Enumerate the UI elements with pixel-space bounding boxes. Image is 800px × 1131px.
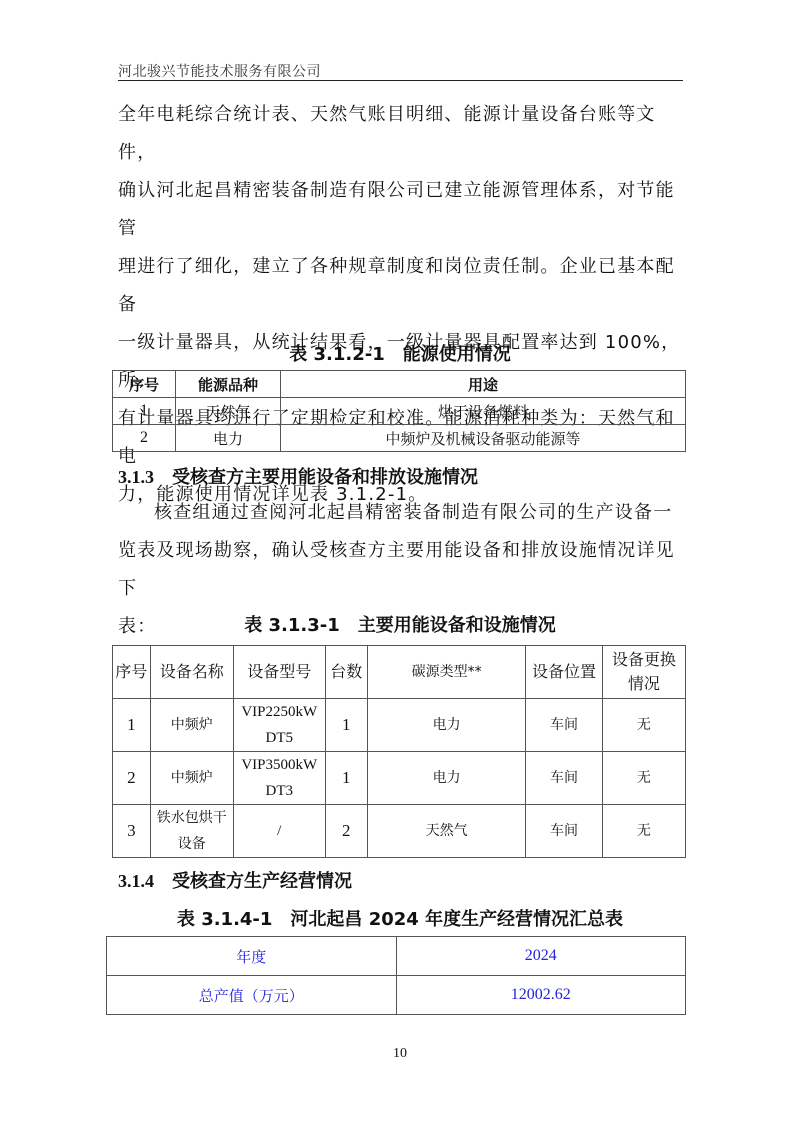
section-number: 3.1.3 bbox=[118, 467, 154, 487]
table-cell: 无 bbox=[602, 752, 685, 805]
table-cell: 中频炉 bbox=[150, 752, 233, 805]
table-cell: 车间 bbox=[526, 805, 602, 858]
table-header-row: 序号 设备名称 设备型号 台数 碳源类型** 设备位置 设备更换情况 bbox=[113, 646, 686, 699]
table-cell: 2 bbox=[113, 425, 176, 452]
table-cell: 1 bbox=[113, 699, 151, 752]
table-cell: VIP3500kW DT3 bbox=[233, 752, 325, 805]
table-cell: 车间 bbox=[526, 699, 602, 752]
table-cell: 12002.62 bbox=[396, 976, 686, 1015]
paragraph-line: 全年电耗综合统计表、天然气账目明细、能源计量设备台账等文件， bbox=[118, 96, 686, 172]
column-header: 设备名称 bbox=[150, 646, 233, 699]
table-cell: 铁水包烘干设备 bbox=[150, 805, 233, 858]
production-summary-table: 年度 2024 总产值（万元） 12002.62 bbox=[106, 936, 686, 1015]
column-header: 用途 bbox=[281, 371, 686, 398]
section-title: 受核查方主要用能设备和排放设施情况 bbox=[172, 467, 478, 488]
section-number: 3.1.4 bbox=[118, 871, 154, 891]
table-cell: 2 bbox=[113, 752, 151, 805]
table-row: 2 电力 中频炉及机械设备驱动能源等 bbox=[113, 425, 686, 452]
section-heading-3-1-4: 3.1.4受核查方生产经营情况 bbox=[118, 867, 352, 893]
table-cell: 3 bbox=[113, 805, 151, 858]
energy-use-table: 序号 能源品种 用途 1 天然气 烘干设备燃料 2 电力 中频炉及机械设备驱动能… bbox=[112, 370, 686, 452]
table-row: 2 中频炉 VIP3500kW DT3 1 电力 车间 无 bbox=[113, 752, 686, 805]
column-header: 能源品种 bbox=[176, 371, 281, 398]
table-row: 3 铁水包烘干设备 / 2 天然气 车间 无 bbox=[113, 805, 686, 858]
table-row: 年度 2024 bbox=[107, 937, 686, 976]
paragraph-line: 理进行了细化，建立了各种规章制度和岗位责任制。企业已基本配备 bbox=[118, 248, 686, 324]
column-header: 台数 bbox=[325, 646, 367, 699]
table-cell: 中频炉 bbox=[150, 699, 233, 752]
column-header: 设备型号 bbox=[233, 646, 325, 699]
table-cell: 1 bbox=[325, 752, 367, 805]
table-caption: 表 3.1.2-1 能源使用情况 bbox=[0, 340, 800, 366]
document-header: 河北骏兴节能技术服务有限公司 bbox=[118, 61, 321, 81]
column-header: 设备位置 bbox=[526, 646, 602, 699]
table-cell: 电力 bbox=[367, 699, 525, 752]
page-number: 10 bbox=[0, 1046, 800, 1062]
table-row: 1 中频炉 VIP2250kW DT5 1 电力 车间 无 bbox=[113, 699, 686, 752]
table-header-row: 序号 能源品种 用途 bbox=[113, 371, 686, 398]
table-cell: / bbox=[233, 805, 325, 858]
table-row: 总产值（万元） 12002.62 bbox=[107, 976, 686, 1015]
table-cell: VIP2250kW DT5 bbox=[233, 699, 325, 752]
column-header: 序号 bbox=[113, 371, 176, 398]
paragraph-line: 核查组通过查阅河北起昌精密装备制造有限公司的生产设备一 bbox=[118, 494, 686, 532]
table-row: 1 天然气 烘干设备燃料 bbox=[113, 398, 686, 425]
table-cell: 电力 bbox=[367, 752, 525, 805]
table-caption: 表 3.1.4-1 河北起昌 2024 年度生产经营情况汇总表 bbox=[0, 905, 800, 931]
table-cell: 无 bbox=[602, 699, 685, 752]
table-cell: 年度 bbox=[107, 937, 397, 976]
table-cell: 天然气 bbox=[176, 398, 281, 425]
column-header: 碳源类型** bbox=[367, 646, 525, 699]
header-divider bbox=[118, 80, 683, 81]
section-title: 受核查方生产经营情况 bbox=[172, 871, 352, 892]
table-cell: 烘干设备燃料 bbox=[281, 398, 686, 425]
table-cell: 2024 bbox=[396, 937, 686, 976]
table-cell: 无 bbox=[602, 805, 685, 858]
table-cell: 天然气 bbox=[367, 805, 525, 858]
column-header: 序号 bbox=[113, 646, 151, 699]
table-cell: 电力 bbox=[176, 425, 281, 452]
table-cell: 车间 bbox=[526, 752, 602, 805]
table-cell: 2 bbox=[325, 805, 367, 858]
section-heading-3-1-3: 3.1.3受核查方主要用能设备和排放设施情况 bbox=[118, 463, 478, 489]
table-cell: 1 bbox=[113, 398, 176, 425]
column-header: 设备更换情况 bbox=[602, 646, 685, 699]
table-cell: 中频炉及机械设备驱动能源等 bbox=[281, 425, 686, 452]
paragraph-line: 览表及现场勘察，确认受核查方主要用能设备和排放设施情况详见下 bbox=[118, 532, 686, 608]
table-cell: 1 bbox=[325, 699, 367, 752]
table-cell: 总产值（万元） bbox=[107, 976, 397, 1015]
equipment-table: 序号 设备名称 设备型号 台数 碳源类型** 设备位置 设备更换情况 1 中频炉… bbox=[112, 645, 686, 858]
paragraph-line: 确认河北起昌精密装备制造有限公司已建立能源管理体系，对节能管 bbox=[118, 172, 686, 248]
table-caption: 表 3.1.3-1 主要用能设备和设施情况 bbox=[0, 611, 800, 637]
